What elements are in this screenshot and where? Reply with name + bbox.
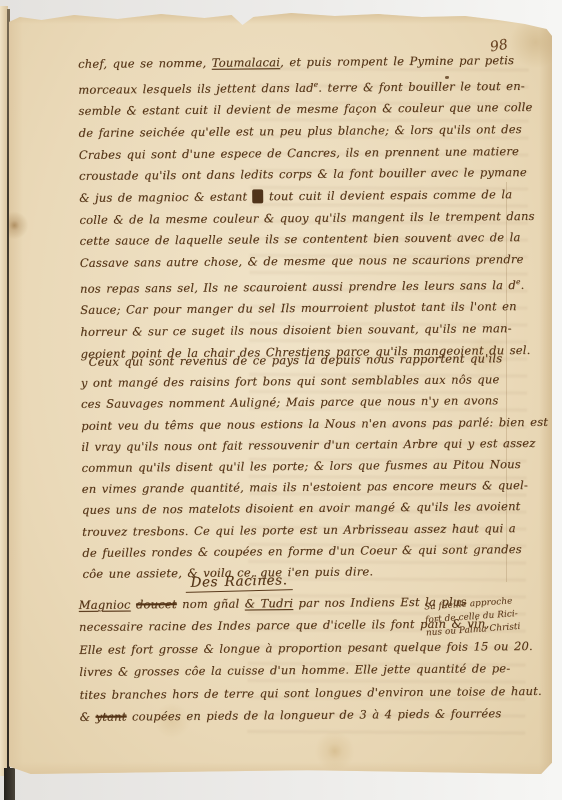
manuscript-line: morceaux lesquels ils jettent dans lade.…	[78, 72, 533, 102]
section-heading: Des Racines.	[185, 572, 292, 593]
paragraph-pymine-sauce: chef, que se nomme, Toumalacai, et puis …	[78, 50, 536, 365]
paragraph-raisins-arbre: Ceux qui sont revenus de ce pays la depu…	[81, 348, 550, 585]
manuscript-line: de fueilles rondes & coupées en forme d'…	[82, 539, 549, 564]
manuscript-line: nos repas sans sel, Ils ne scauroient au…	[80, 271, 535, 301]
manuscript-line: côe une assiete, & voila ce, que i'en pu…	[82, 560, 549, 585]
manuscript-page: 98 chef, que se nomme, Toumalacai, et pu…	[9, 12, 552, 774]
manuscript-line: & ytant coupées en pieds de la longueur …	[80, 702, 542, 728]
text-block: chef, que se nomme, Toumalacai, et puis …	[78, 50, 520, 754]
manuscript-paragraphs: chef, que se nomme, Toumalacai, et puis …	[78, 50, 514, 54]
binding-strip-bottom	[4, 768, 15, 800]
